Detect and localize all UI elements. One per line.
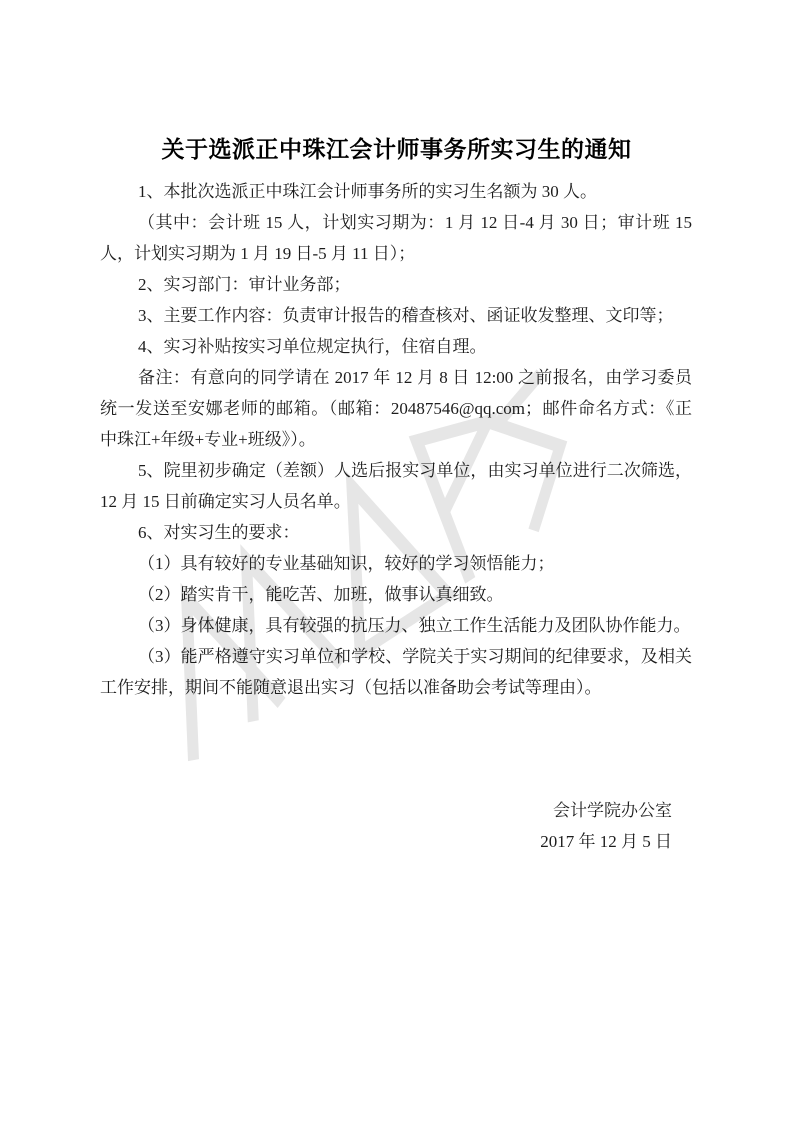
signature-office: 会计学院办公室 [100,795,672,826]
paragraph-requirement-3: （3）身体健康，具有较强的抗压力、独立工作生活能力及团队协作能力。 [100,610,692,641]
paragraph-class-breakdown: （其中：会计班 15 人，计划实习期为：1 月 12 日-4 月 30 日；审计… [100,207,692,269]
document-title: 关于选派正中珠江会计师事务所实习生的通知 [0,133,793,167]
paragraph-requirement-1: （1）具有较好的专业基础知识，较好的学习领悟能力； [100,548,692,579]
paragraph-requirement-2: （2）踏实肯干，能吃苦、加班，做事认真细致。 [100,579,692,610]
paragraph-work-content: 3、主要工作内容：负责审计报告的稽查核对、函证收发整理、文印等； [100,300,692,331]
paragraph-requirement-4: （3）能严格遵守实习单位和学校、学院关于实习期间的纪律要求，及相关工作安排，期间… [100,641,692,703]
paragraph-requirements: 6、对实习生的要求： [100,517,692,548]
paragraph-quota: 1、本批次选派正中珠江会计师事务所的实习生名额为 30 人。 [100,176,692,207]
document-body: 1、本批次选派正中珠江会计师事务所的实习生名额为 30 人。 （其中：会计班 1… [100,176,692,703]
signature-block: 会计学院办公室 2017 年 12 月 5 日 [100,795,692,857]
paragraph-remark: 备注：有意向的同学请在 2017 年 12 月 8 日 12:00 之前报名，由… [100,362,692,455]
signature-date: 2017 年 12 月 5 日 [100,826,672,857]
document-page: 关于选派正中珠江会计师事务所实习生的通知 1、本批次选派正中珠江会计师事务所的实… [0,0,793,1122]
paragraph-subsidy: 4、实习补贴按实习单位规定执行，住宿自理。 [100,331,692,362]
paragraph-selection: 5、院里初步确定（差额）人选后报实习单位，由实习单位进行二次筛选，12 月 15… [100,455,692,517]
paragraph-department: 2、实习部门：审计业务部； [100,269,692,300]
